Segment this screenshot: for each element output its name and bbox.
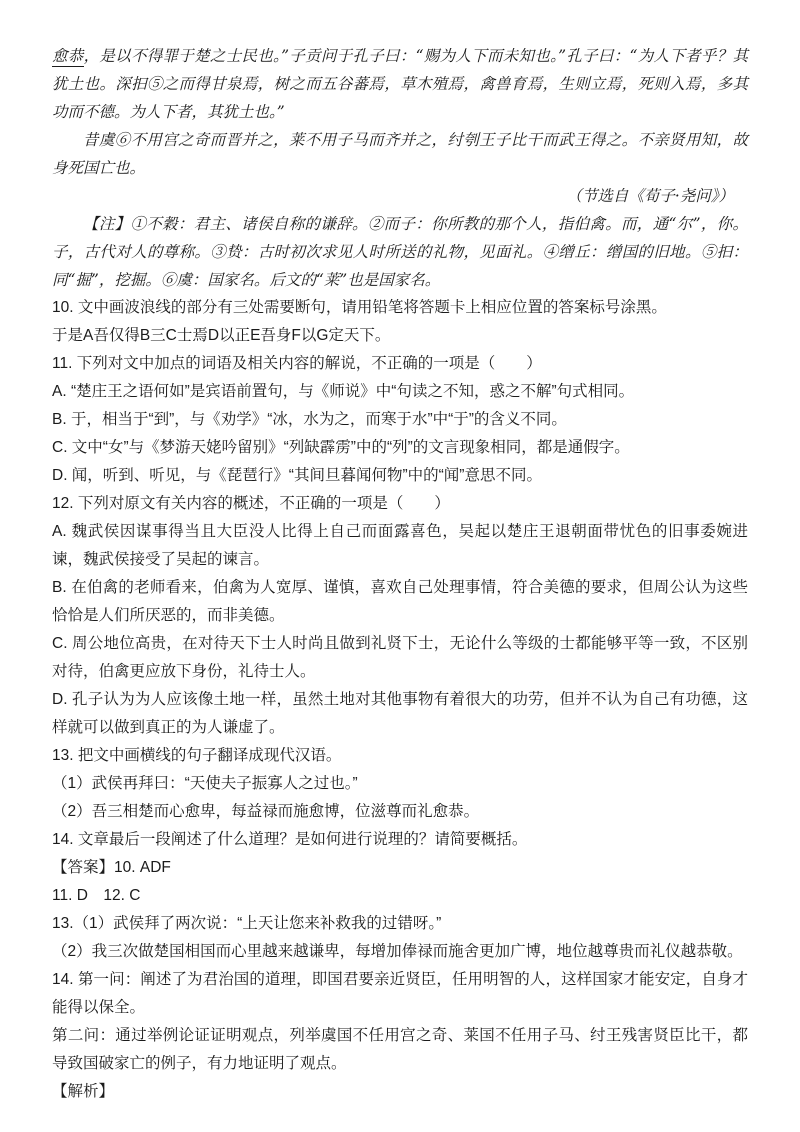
passage-notes: 【注】①不穀：君主、诸侯自称的谦辞。②而子：你所教的那个人，指伯禽。而，通“尔”… [52, 210, 748, 294]
answer-13-1: 13.（1）武侯拜了两次说：“上天让您来补救我的过错呀。” [52, 910, 748, 938]
answer-14-2: 第二问：通过举例论证证明观点，列举虞国不任用宫之奇、莱国不任用子马、纣王残害贤臣… [52, 1022, 748, 1078]
question-14-stem: 14. 文章最后一段阐述了什么道理？是如何进行说理的？请简要概括。 [52, 826, 748, 854]
analysis-label: 【解析】 [52, 1078, 748, 1106]
answer-13-2: （2）我三次做楚国相国而心里越来越谦卑，每增加俸禄而施舍更加广博，地位越尊贵而礼… [52, 938, 748, 966]
answer-11-12: 11. D 12. C [52, 882, 748, 910]
question-11-option-c: C. 文中“女”与《梦游天姥吟留别》“列缺霹雳”中的“列”的文言现象相同，都是通… [52, 434, 748, 462]
question-13-item-1: （1）武侯再拜曰：“天使夫子振寡人之过也。” [52, 770, 748, 798]
answer-10: 10. ADF [114, 859, 171, 876]
question-11-option-b: B. 于，相当于“到”，与《劝学》“冰，水为之，而寒于水”中“于”的含义不同。 [52, 406, 748, 434]
question-12-option-a: A. 魏武侯因谋事得当且大臣没人比得上自己而面露喜色，吴起以楚庄王退朝面带忧色的… [52, 518, 748, 574]
question-10-sentence: 于是A吾仅得B三C士焉D以正E吾身F以G定天下。 [52, 322, 748, 350]
answer-key-label: 【答案】 [52, 859, 114, 876]
document-page: 愈恭，是以不得罪于楚之士民也。”子贡问于孔子曰：“赐为人下而未知也。”孔子曰：“… [0, 0, 800, 1132]
passage-paragraph-1: 愈恭，是以不得罪于楚之士民也。”子贡问于孔子曰：“赐为人下而未知也。”孔子曰：“… [52, 42, 748, 126]
question-11-option-d: D. 闻，听到、听见，与《琵琶行》“其间旦暮闻何物”中的“闻”意思不同。 [52, 462, 748, 490]
answer-key-header: 【答案】10. ADF [52, 854, 748, 882]
question-13-stem: 13. 把文中画横线的句子翻译成现代汉语。 [52, 742, 748, 770]
passage-source: （节选自《荀子·尧问》） [52, 182, 748, 210]
question-13-item-2: （2）吾三相楚而心愈卑，每益禄而施愈博，位滋尊而礼愈恭。 [52, 798, 748, 826]
question-12-option-d: D. 孔子认为为人应该像土地一样，虽然土地对其他事物有着很大的功劳，但并不认为自… [52, 686, 748, 742]
question-11-stem: 11. 下列对文中加点的词语及相关内容的解说，不正确的一项是（ ） [52, 350, 748, 378]
question-12-option-b: B. 在伯禽的老师看来，伯禽为人宽厚、谨慎，喜欢自己处理事情，符合美德的要求，但… [52, 574, 748, 630]
question-12-stem: 12. 下列对原文有关内容的概述，不正确的一项是（ ） [52, 490, 748, 518]
question-12-option-c: C. 周公地位高贵，在对待天下士人时尚且做到礼贤下士，无论什么等级的士都能够平等… [52, 630, 748, 686]
underlined-phrase: 愈恭 [52, 47, 84, 67]
answer-14-1: 14. 第一问：阐述了为君治国的道理，即国君要亲近贤臣，任用明智的人，这样国家才… [52, 966, 748, 1022]
passage-paragraph-1-text: ，是以不得罪于楚之士民也。”子贡问于孔子曰：“赐为人下而未知也。”孔子曰：“为人… [52, 47, 748, 121]
question-11-option-a: A. “楚庄王之语何如”是宾语前置句，与《师说》中“句读之不知，惑之不解”句式相… [52, 378, 748, 406]
passage-paragraph-2: 昔虞⑥不用宫之奇而晋并之，莱不用子马而齐并之，纣刳王子比干而武王得之。不亲贤用知… [52, 126, 748, 182]
question-10-stem: 10. 文中画波浪线的部分有三处需要断句，请用铅笔将答题卡上相应位置的答案标号涂… [52, 294, 748, 322]
